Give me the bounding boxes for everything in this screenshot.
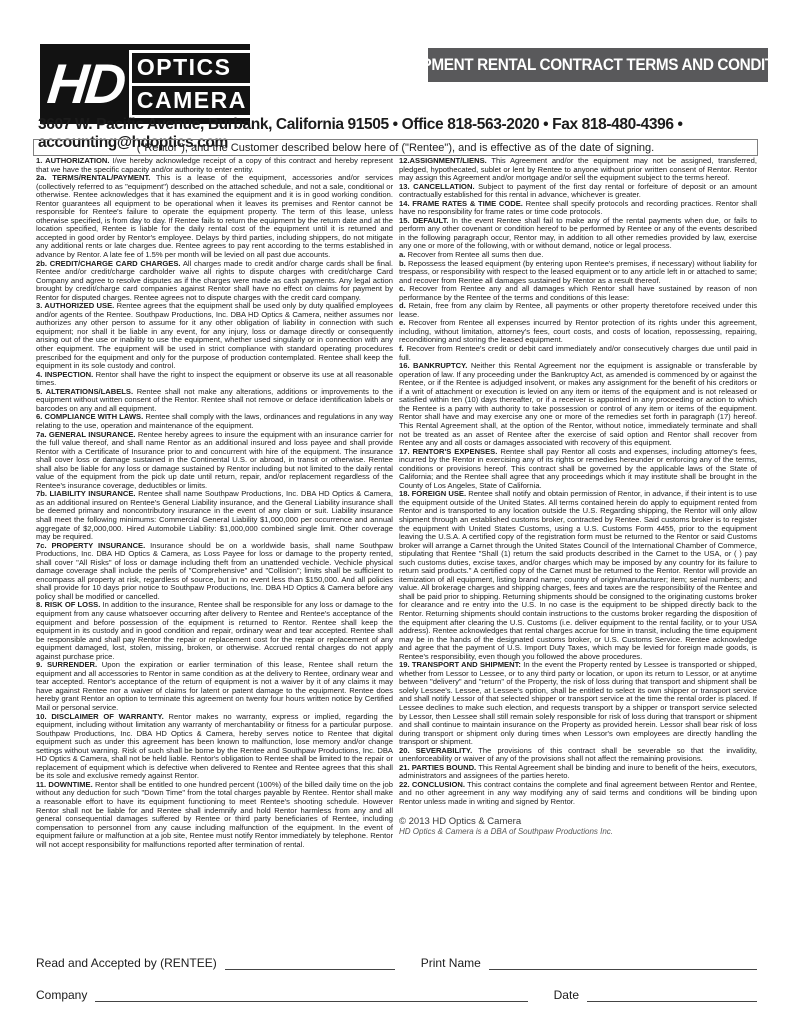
section-text: In the event the Property rented by Less…	[399, 660, 757, 746]
contract-section: 10. DISCLAIMER OF WARRANTY. Rentor makes…	[36, 713, 393, 781]
contract-column-right: 12.ASSIGNMENT/LIENS. This Agreement and/…	[399, 157, 757, 837]
signature-row-1: Read and Accepted by (RENTEE) Print Name	[36, 955, 757, 970]
contract-section: 19. TRANSPORT AND SHIPMENT: In the event…	[399, 661, 757, 746]
intro-line-box: ("Rentor"), and the Customer described b…	[33, 139, 758, 156]
signature-row-2: Company Date	[36, 987, 757, 1002]
logo-text-grid: OPTICS CAMERA	[129, 50, 255, 118]
contract-section: 15. DEFAULT. In the event Rentee shall f…	[399, 217, 757, 251]
section-text: Rentor shall be entitled to one hundred …	[36, 780, 393, 849]
date-line	[587, 987, 757, 1002]
section-text: Recover from Rentee any and all damages …	[399, 284, 757, 302]
contract-section: 4. INSPECTION. Rentor shall have the rig…	[36, 371, 393, 388]
contract-section: 2b. CREDIT/CHARGE CARD CHARGES. All char…	[36, 260, 393, 303]
contract-section: 9. SURRENDER. Upon the expiration or ear…	[36, 661, 393, 712]
section-text: Recover from Rentee's credit or debit ca…	[399, 344, 757, 362]
intro-line-text: ("Rentor"), and the Customer described b…	[137, 142, 654, 154]
logo-optics-text: OPTICS	[129, 50, 255, 86]
print-name-line	[489, 955, 757, 970]
contract-section: 21. PARTIES BOUND. This Rental Agreement…	[399, 764, 757, 781]
contract-column-left: 1. AUTHORIZATION. I/we hereby acknowledg…	[36, 157, 393, 849]
contract-section: 8. RISK OF LOSS. In addition to the insu…	[36, 601, 393, 661]
section-text: Repossess the leased equipment (by enter…	[399, 259, 757, 285]
title-banner-text: EQUIPMENT RENTAL CONTRACT TERMS AND COND…	[386, 55, 791, 75]
section-text: Rentee shall notify and obtain permissio…	[399, 489, 757, 660]
contract-section: 7c. PROPERTY INSURANCE. Insurance should…	[36, 542, 393, 602]
contract-section: 20. SEVERABILITY. The provisions of this…	[399, 747, 757, 764]
contract-section: 16. BANKRUPTCY. Neither this Rental Agre…	[399, 362, 757, 447]
contract-section: 5. ALTERATIONS/LABELS. Rentee shall not …	[36, 388, 393, 414]
contract-section: 13. CANCELLATION. Subject to payment of …	[399, 183, 757, 200]
contract-section: 14. FRAME RATES & TIME CODE. Rentee shal…	[399, 200, 757, 217]
contract-section: b. Repossess the leased equipment (by en…	[399, 260, 757, 286]
dba-line: HD Optics & Camera is a DBA of Southpaw …	[399, 828, 757, 837]
section-text: Neither this Rental Agreement nor the eq…	[399, 361, 757, 447]
section-text: Recover from Rentee all expenses incurre…	[399, 318, 757, 344]
rentee-signature-label: Read and Accepted by (RENTEE)	[36, 956, 225, 970]
contract-section: d. Retain, free from any claim by Rentee…	[399, 302, 757, 319]
section-text: Insurance should be on a worldwide basis…	[36, 541, 393, 601]
contract-section: e. Recover from Rentee all expenses incu…	[399, 319, 757, 345]
copyright-line: © 2013 HD Optics & Camera	[399, 818, 757, 827]
date-label: Date	[554, 988, 587, 1002]
contract-section: 22. CONCLUSION. This contract contains t…	[399, 781, 757, 807]
company-line	[95, 987, 527, 1002]
contract-section: 12.ASSIGNMENT/LIENS. This Agreement and/…	[399, 157, 757, 183]
contract-section: 18. FOREIGN USE. Rentee shall notify and…	[399, 490, 757, 661]
section-text: This is a lease of the equipment, access…	[36, 173, 393, 259]
contract-section: 6. COMPLIANCE WITH LAWS. Rentee shall co…	[36, 413, 393, 430]
contract-section: 7a. GENERAL INSURANCE. Rentee hereby agr…	[36, 431, 393, 491]
print-name-label: Print Name	[421, 956, 489, 970]
contract-section: 3. AUTHORIZED USE. Rentee agrees that th…	[36, 302, 393, 370]
section-text: In the event Rentee shall fail to make a…	[399, 216, 757, 251]
contract-section: 1. AUTHORIZATION. I/we hereby acknowledg…	[36, 157, 393, 174]
contract-section: c. Recover from Rentee any and all damag…	[399, 285, 757, 302]
logo-hd-text: HD	[42, 50, 132, 118]
section-text: Rentee hereby agrees to insure the equip…	[36, 430, 393, 490]
contract-page: HD OPTICS CAMERA EQUIPMENT RENTAL CONTRA…	[0, 0, 791, 1024]
title-banner: EQUIPMENT RENTAL CONTRACT TERMS AND COND…	[428, 48, 768, 82]
logo-camera-text: CAMERA	[129, 83, 255, 119]
section-text: Upon the expiration or earlier terminati…	[36, 660, 393, 712]
contract-section: 2a. TERMS/RENTAL/PAYMENT. This is a leas…	[36, 174, 393, 259]
section-text: Rentee shall name Southpaw Productions, …	[36, 489, 393, 541]
contract-section: 7b. LIABILITY INSURANCE. Rentee shall na…	[36, 490, 393, 541]
section-text: Retain, free from any claim by Rentee, a…	[399, 301, 757, 319]
section-text: Rentor makes no warranty, express or imp…	[36, 712, 393, 781]
rentee-signature-line	[225, 955, 395, 970]
section-text: In addition to the insurance, Rentee sha…	[36, 600, 393, 660]
contract-section: f. Recover from Rentee's credit or debit…	[399, 345, 757, 362]
section-text: Rentee agrees that the equipment shall b…	[36, 301, 393, 370]
company-label: Company	[36, 988, 95, 1002]
company-logo: HD OPTICS CAMERA	[40, 44, 250, 124]
contract-section: 17. RENTOR'S EXPENSES. Rentee shall pay …	[399, 448, 757, 491]
contract-section: 11. DOWNTIME. Rentor shall be entitled t…	[36, 781, 393, 849]
